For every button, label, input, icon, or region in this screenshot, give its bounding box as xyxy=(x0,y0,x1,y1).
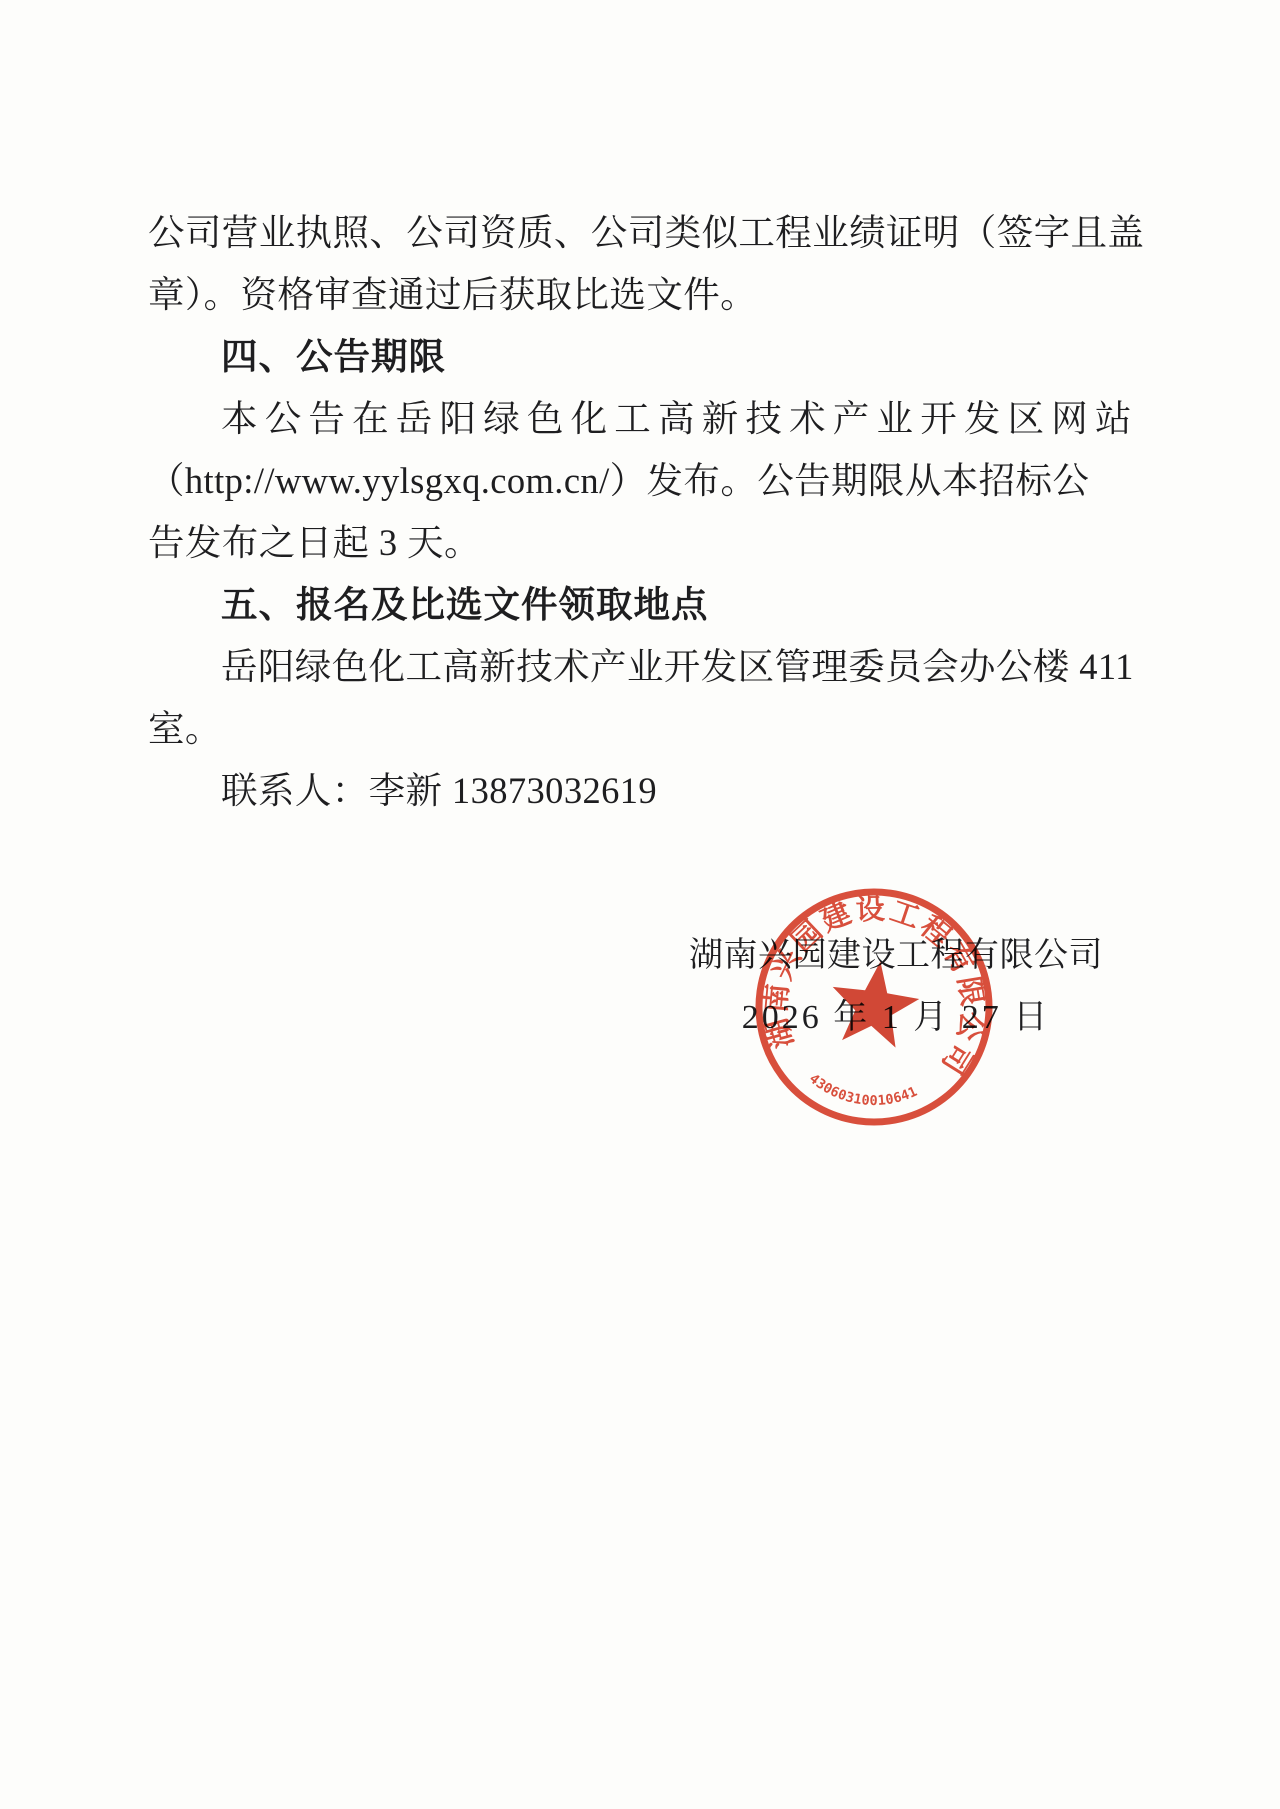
contact-line: 联系人：李新 13873032619 xyxy=(148,760,1133,822)
seal-star xyxy=(826,955,924,1050)
section-5-line-1: 岳阳绿色化工高新技术产业开发区管理委员会办公楼 411 xyxy=(148,636,1133,698)
intro-line-2: 章）。资格审查通过后获取比选文件。 xyxy=(148,264,1133,326)
document-page: 公司营业执照、公司资质、公司类似工程业绩证明（签字且盖 章）。资格审查通过后获取… xyxy=(0,0,1280,1809)
intro-line-1: 公司营业执照、公司资质、公司类似工程业绩证明（签字且盖 xyxy=(148,202,1133,264)
section-4-line-1: 本公告在岳阳绿色化工高新技术产业开发区网站 xyxy=(148,388,1133,450)
section-5-heading: 五、报名及比选文件领取地点 xyxy=(148,574,1133,636)
section-4-heading: 四、公告期限 xyxy=(148,326,1133,388)
section-4-line-2: （http://www.yylsgxq.com.cn/）发布。公告期限从本招标公 xyxy=(148,450,1133,512)
company-seal: 湖南兴园建设工程有限公司 43060310010641 xyxy=(727,860,1021,1154)
document-body: 公司营业执照、公司资质、公司类似工程业绩证明（签字且盖 章）。资格审查通过后获取… xyxy=(148,202,1133,822)
section-5-line-2: 室。 xyxy=(148,698,1133,760)
section-4-line-3: 告发布之日起 3 天。 xyxy=(148,512,1133,574)
